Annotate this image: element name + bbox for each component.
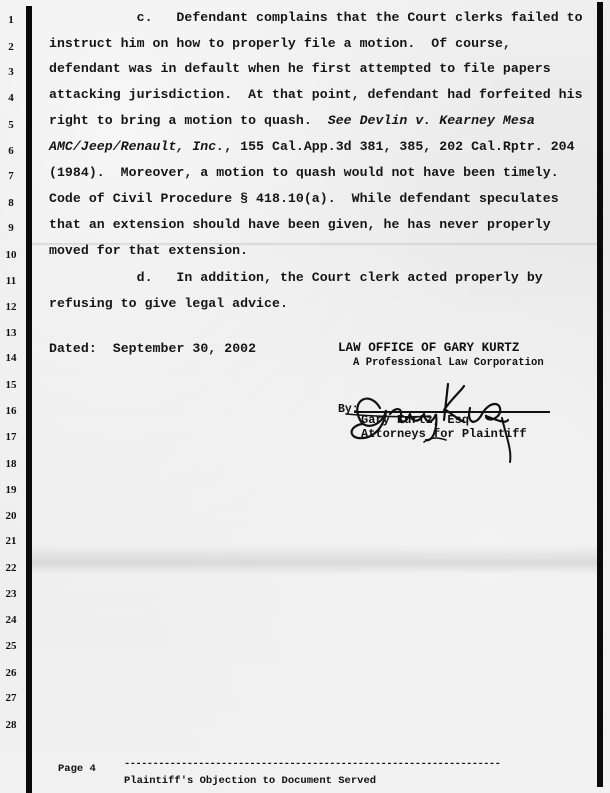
line-number: 24 (0, 614, 22, 626)
line-number: 19 (0, 484, 22, 496)
line-number: 6 (0, 145, 22, 157)
paragraph-d-line-2: refusing to give legal advice. (49, 296, 288, 311)
line-number: 18 (0, 458, 22, 470)
right-margin-rule (597, 2, 603, 787)
dated-line: Dated: September 30, 2002 (49, 341, 256, 356)
firm-subtitle: A Professional Law Corporation (353, 357, 544, 369)
signature-block: LAW OFFICE OF GARY KURTZ A Professional … (338, 341, 578, 355)
line-number: 1 (0, 14, 22, 26)
paper-shadow (32, 545, 597, 575)
line-number: 21 (0, 535, 22, 547)
paragraph-c-line-7: (1984). Moreover, a motion to quash woul… (49, 165, 559, 180)
paragraph-c-line-6: AMC/Jeep/Renault, Inc., 155 Cal.App.3d 3… (49, 139, 575, 154)
line-number: 14 (0, 352, 22, 364)
footer-rule: ----------------------------------------… (124, 760, 509, 768)
line-number: 26 (0, 667, 22, 679)
line-number: 7 (0, 170, 22, 182)
paragraph-c-line-4: attacking jurisdiction. At that point, d… (49, 87, 583, 102)
line-number: 20 (0, 510, 22, 522)
paragraph-c-line-2: instruct him on how to properly file a m… (49, 36, 511, 51)
line-number: 5 (0, 119, 22, 131)
footer-document-title: Plaintiff's Objection to Document Served (124, 775, 376, 787)
line-number: 17 (0, 431, 22, 443)
paragraph-c-line-5: right to bring a motion to quash. See De… (49, 113, 535, 128)
line-number: 9 (0, 222, 22, 234)
line-number: 23 (0, 588, 22, 600)
citation-reporter: , 155 Cal.App.3d 381, 385, 202 Cal.Rptr.… (224, 139, 574, 154)
firm-name: LAW OFFICE OF GARY KURTZ (338, 341, 578, 355)
left-margin-rule (26, 6, 32, 793)
paragraph-d-line-1: d. In addition, the Court clerk acted pr… (49, 270, 543, 285)
line-number: 16 (0, 405, 22, 417)
line-number: 12 (0, 301, 22, 313)
document-page: 1234567891011121314151617181920212223242… (0, 0, 610, 793)
line-number: 28 (0, 719, 22, 731)
dated-value: September 30, 2002 (113, 341, 256, 356)
line-number: 2 (0, 41, 22, 53)
paragraph-c-line-8: Code of Civil Procedure § 418.10(a). Whi… (49, 191, 559, 206)
line-number: 3 (0, 66, 22, 78)
paragraph-c-line-9: that an extension should have been given… (49, 217, 551, 232)
line-number: 10 (0, 249, 22, 261)
line-5-text: right to bring a motion to quash. (49, 113, 328, 128)
line-number: 11 (0, 275, 22, 287)
line-number: 25 (0, 640, 22, 652)
line-number: 22 (0, 562, 22, 574)
line-number: 8 (0, 197, 22, 209)
paragraph-c-line-1: c. Defendant complains that the Court cl… (49, 10, 583, 25)
dated-label: Dated: (49, 341, 97, 356)
citation-case-name: See Devlin v. Kearney Mesa (328, 113, 535, 128)
paragraph-c-line-10: moved for that extension. (49, 243, 248, 258)
paragraph-c-line-3: defendant was in default when he first a… (49, 61, 551, 76)
line-number: 13 (0, 327, 22, 339)
citation-party-name: AMC/Jeep/Renault, Inc. (49, 139, 224, 154)
handwritten-signature (340, 380, 550, 465)
line-number: 27 (0, 692, 22, 704)
footer-page-number: Page 4 (58, 763, 96, 775)
line-number: 4 (0, 92, 22, 104)
line-number: 15 (0, 379, 22, 391)
